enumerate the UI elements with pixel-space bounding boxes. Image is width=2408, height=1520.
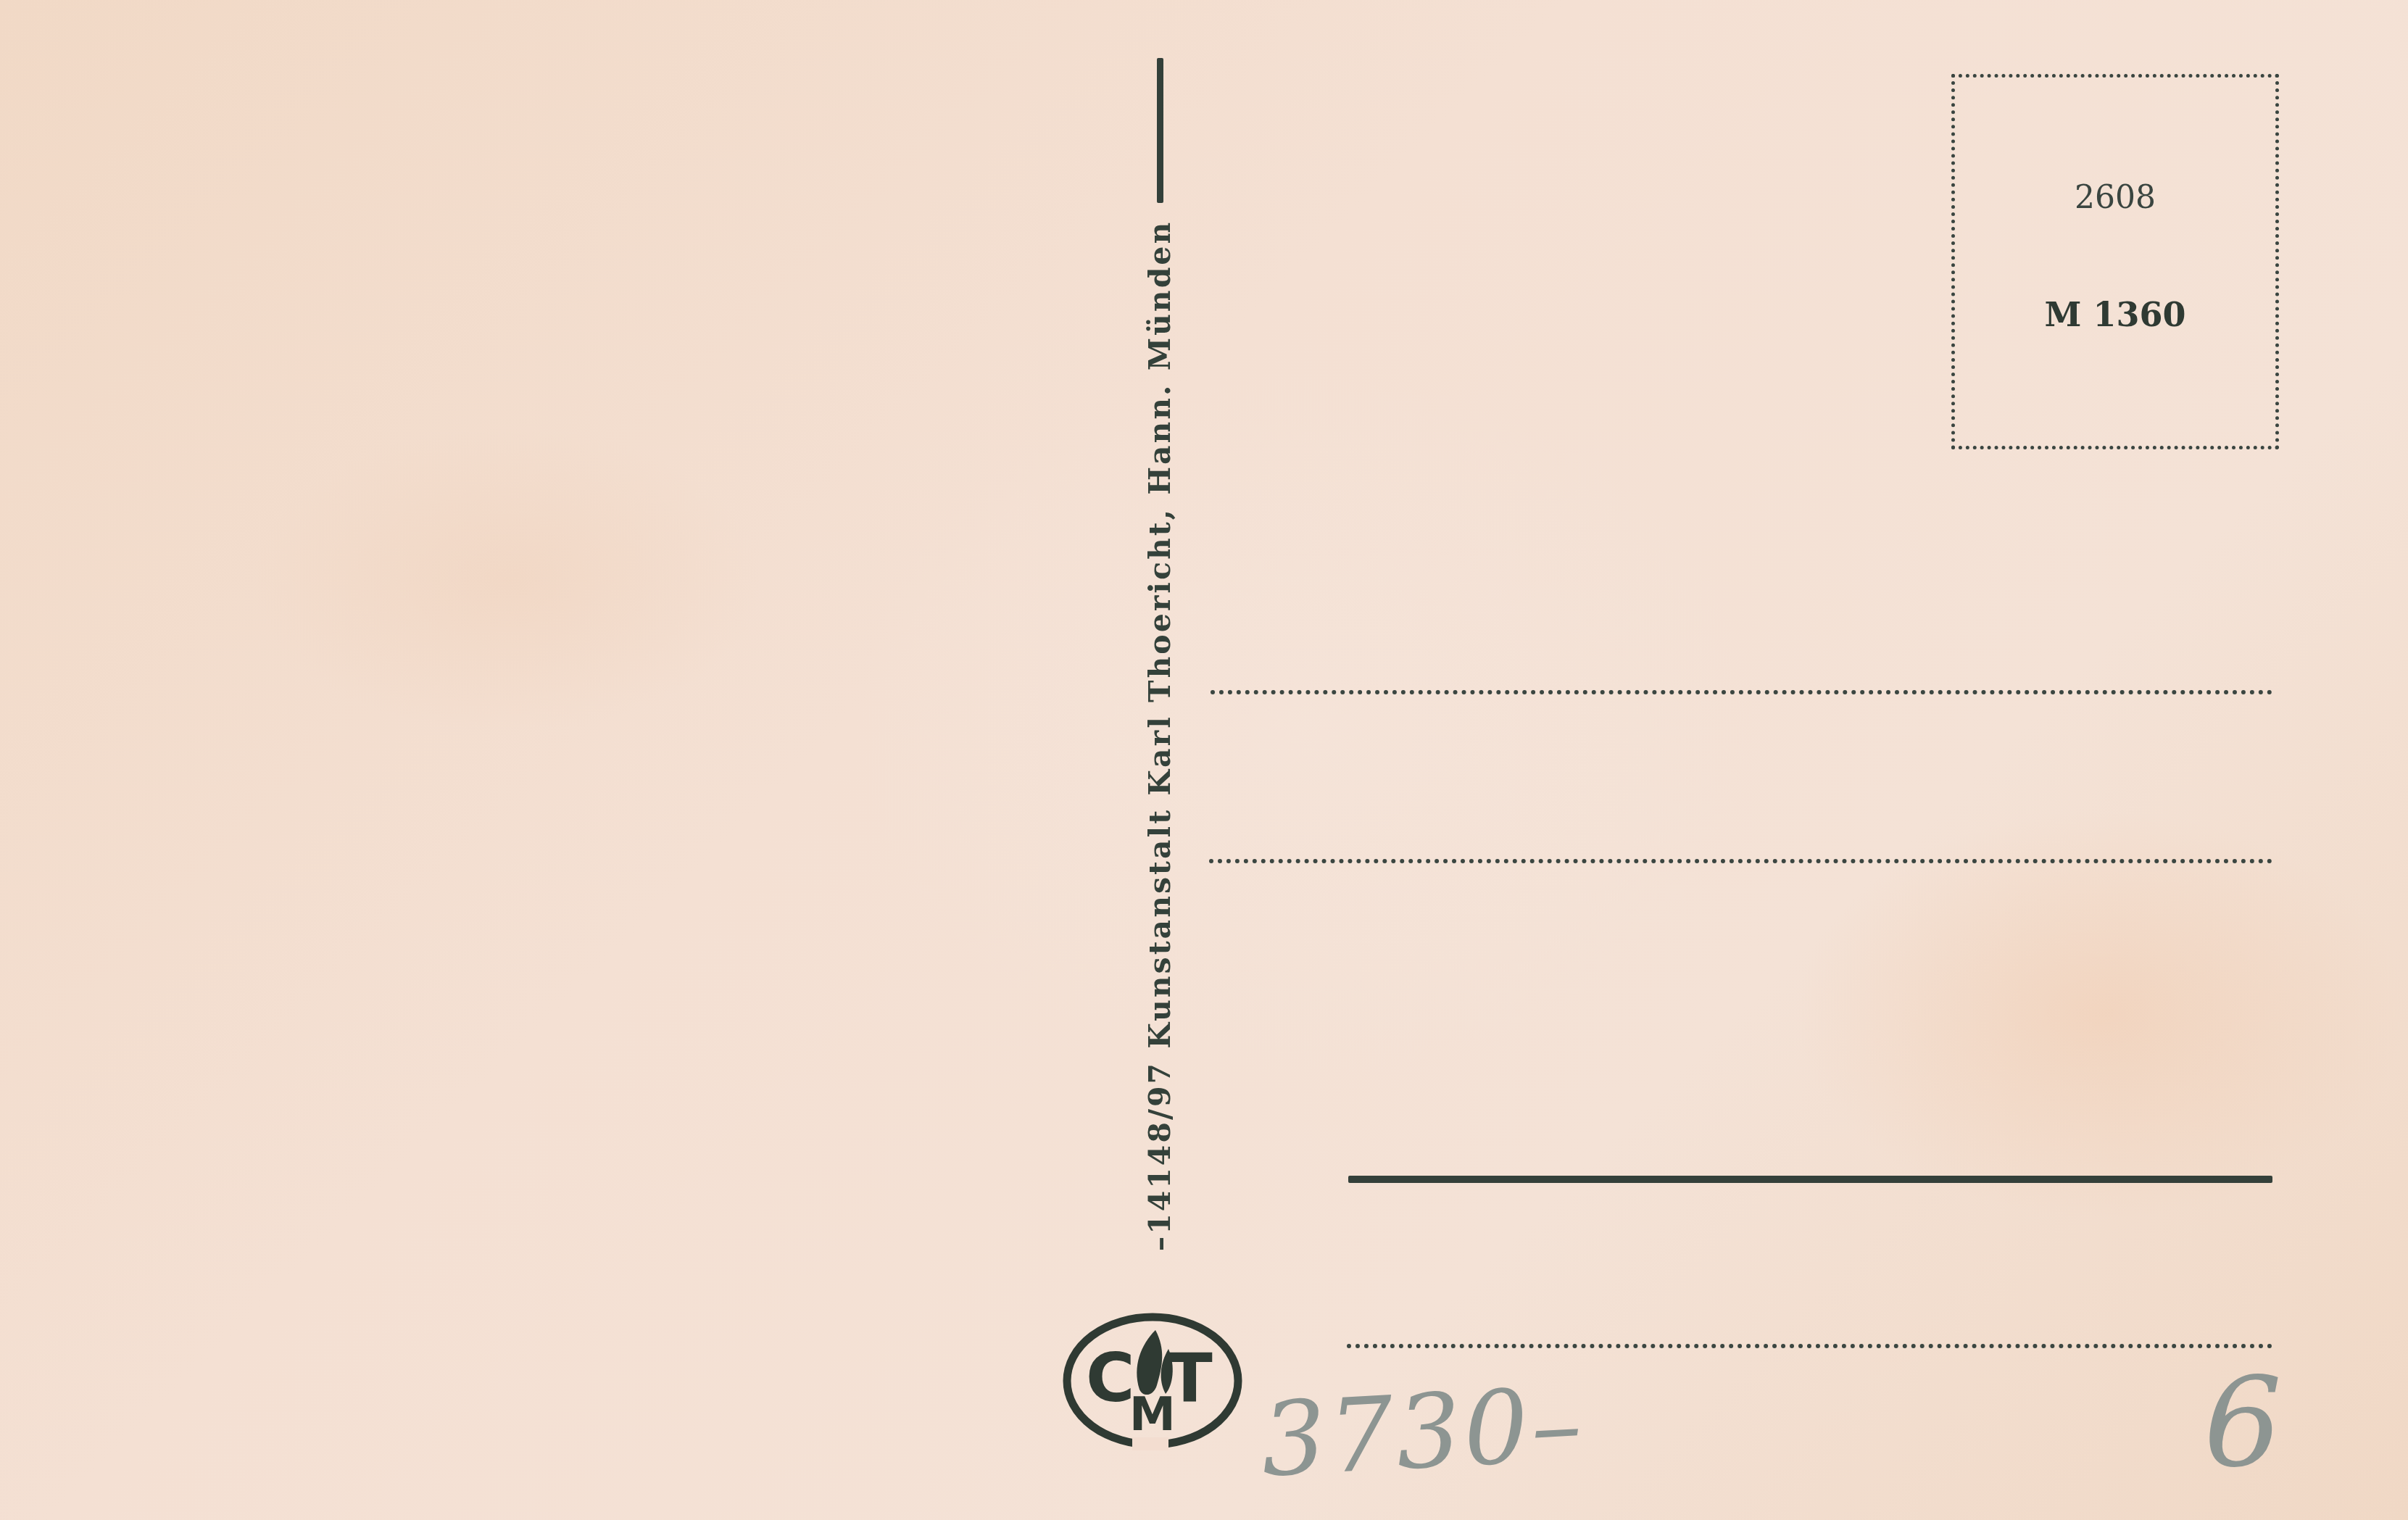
address-line-3: [1348, 1176, 2272, 1183]
stamp-number: 2608: [1955, 179, 2275, 216]
svg-text:C: C: [1086, 1340, 1135, 1417]
stamp-code: M 1360: [1955, 295, 2275, 334]
address-line-2: [1209, 859, 2272, 863]
address-line-4: [1347, 1344, 2272, 1348]
publisher-imprint: –14148/97 Kunstanstalt Karl Thoericht, H…: [1142, 220, 1177, 1251]
address-line-1: [1211, 690, 2272, 694]
handwritten-price: 3730–: [1258, 1365, 1587, 1500]
svg-text:M: M: [1129, 1388, 1176, 1442]
divider-bar: [1157, 58, 1163, 203]
handwritten-number: 6: [2204, 1352, 2282, 1495]
publisher-logo-icon: C T M: [1060, 1308, 1248, 1453]
stamp-box: 2608 M 1360: [1951, 74, 2279, 449]
